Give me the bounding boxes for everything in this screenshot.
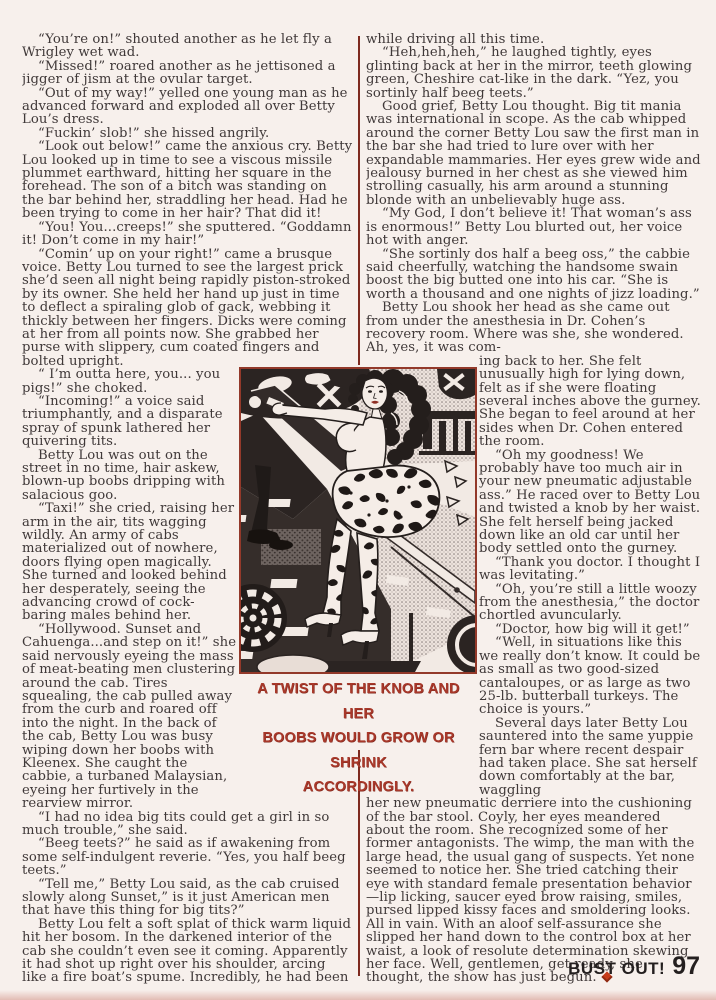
story-paragraph: “You’re on!” shouted another as he let f… xyxy=(22,33,353,60)
story-paragraph: “Heh,heh,heh,” he laughed tightly, eyes … xyxy=(366,46,703,100)
caption-line: BOOBS WOULD GROW OR SHRINK xyxy=(240,726,477,775)
story-paragraph: “Beeg teets?” he said as if awakening fr… xyxy=(22,837,353,877)
story-paragraph: “You! You...creeps!” she sputtered. “God… xyxy=(22,221,353,248)
story-paragraph: “Tell me,” Betty Lou said, as the cab cr… xyxy=(22,878,353,918)
column-divider-top xyxy=(358,36,360,365)
story-paragraph: Betty Lou shook her head as she came out… xyxy=(366,301,703,355)
page-footer: BUST OUT! 97 xyxy=(568,952,700,981)
magazine-page: “You’re on!” shouted another as he let f… xyxy=(0,0,716,1000)
story-paragraph: “She sortinly dos half a beeg oss,” the … xyxy=(366,248,703,302)
illustration-frame xyxy=(239,367,477,674)
story-paragraph: while driving all this time. xyxy=(366,33,703,46)
story-paragraph: Good grief, Betty Lou thought. Big tit m… xyxy=(366,100,703,207)
story-paragraph: “Out of my way!” yelled one young man as… xyxy=(22,87,353,127)
caption-line: ACCORDINGLY. xyxy=(240,775,477,800)
story-paragraph: “My God, I don’t believe it! That woman’… xyxy=(366,207,703,247)
caption-line: A TWIST OF THE KNOB AND HER xyxy=(240,677,477,726)
betty-lou-bar-illustration xyxy=(241,369,475,672)
story-paragraph: Betty Lou felt a soft splat of thick war… xyxy=(22,918,353,985)
illustration-caption: A TWIST OF THE KNOB AND HERBOOBS WOULD G… xyxy=(240,677,477,800)
story-paragraph: “Comin’ up on your right!” came a brusqu… xyxy=(22,248,353,369)
story-paragraph: “Fuckin’ slob!” she hissed angrily. xyxy=(22,127,353,140)
page-number: 97 xyxy=(672,952,700,981)
magazine-title: BUST OUT! xyxy=(568,959,665,979)
caption-lines: A TWIST OF THE KNOB AND HERBOOBS WOULD G… xyxy=(240,677,477,800)
story-paragraph: “Missed!” roared another as he jettisone… xyxy=(22,60,353,87)
story-paragraph: “Look out below!” came the anxious cry. … xyxy=(22,140,353,220)
story-paragraph: “I had no idea big tits could get a girl… xyxy=(22,811,353,838)
